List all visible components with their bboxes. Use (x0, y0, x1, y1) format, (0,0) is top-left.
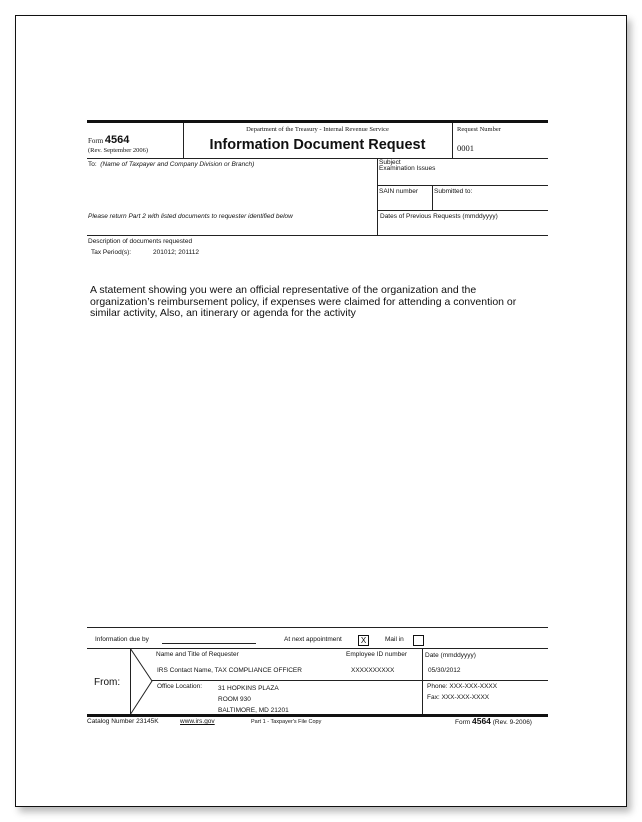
due-date-field[interactable] (162, 643, 256, 644)
phone: Phone: XXX-XXX-XXXX (427, 683, 497, 690)
divider (452, 123, 453, 159)
next-appointment-label: At next appointment (284, 636, 342, 643)
submitted-to-label: Submitted to: (434, 188, 472, 195)
footer-form: Form 4564 (Rev. 9-2006) (455, 716, 532, 726)
divider (377, 158, 378, 235)
requester-value: IRS Contact Name, TAX COMPLIANCE OFFICER (157, 667, 302, 674)
description-label: Description of documents requested (88, 238, 192, 245)
requester-label: Name and Title of Requester (156, 651, 239, 658)
fax: Fax: XXX-XXX-XXXX (427, 694, 489, 701)
header-bottom-rule (87, 158, 548, 159)
to-label: To: (Name of Taxpayer and Company Divisi… (88, 161, 254, 168)
department-label: Department of the Treasury - Internal Re… (183, 126, 452, 133)
catalog-number: Catalog Number 23145K (87, 718, 159, 725)
request-description: A statement showing you were an official… (90, 285, 560, 320)
date-label: Date (mmddyyyy) (425, 652, 476, 659)
divider (377, 210, 548, 211)
subject-value: Examination Issues (379, 166, 435, 173)
due-label: Information due by (95, 636, 149, 643)
date-value: 05/30/2012 (428, 667, 461, 674)
employee-id-label: Employee ID number (346, 651, 407, 658)
form-revision: (Rev. September 2006) (88, 147, 148, 154)
office-label: Office Location: (157, 683, 202, 690)
header-top-rule (87, 120, 548, 123)
divider (87, 235, 548, 236)
divider (87, 627, 548, 628)
sain-label: SAIN number (379, 188, 418, 195)
request-number: 0001 (457, 143, 474, 153)
return-note: Please return Part 2 with listed documen… (88, 213, 293, 220)
divider (432, 185, 433, 210)
divider (422, 648, 423, 715)
tax-period-value: 201012; 201112 (153, 249, 199, 256)
divider (87, 648, 548, 649)
form-label: Form 4564 (88, 134, 129, 146)
tax-period-label: Tax Period(s): (91, 249, 131, 256)
divider (377, 185, 548, 186)
page-title: Information Document Request (183, 137, 452, 153)
part-label: Part 1 - Taxpayer's File Copy (251, 719, 321, 725)
mail-in-label: Mail in (385, 636, 404, 643)
form-number: 4564 (105, 134, 129, 146)
mail-in-checkbox[interactable] (413, 635, 424, 646)
prev-requests-label: Dates of Previous Requests (mmddyyyy) (380, 213, 498, 220)
chevron-divider-icon (130, 648, 154, 715)
office-address: 31 HOPKINS PLAZA ROOM 930 BALTIMORE, MD … (218, 683, 289, 716)
request-number-label: Request Number (457, 126, 501, 133)
from-label: From: (94, 677, 120, 688)
employee-id-value: XXXXXXXXXX (351, 667, 394, 674)
irs-website-link[interactable]: www.irs.gov (180, 718, 215, 725)
divider (152, 680, 548, 681)
next-appointment-checkbox[interactable]: X (358, 635, 369, 646)
